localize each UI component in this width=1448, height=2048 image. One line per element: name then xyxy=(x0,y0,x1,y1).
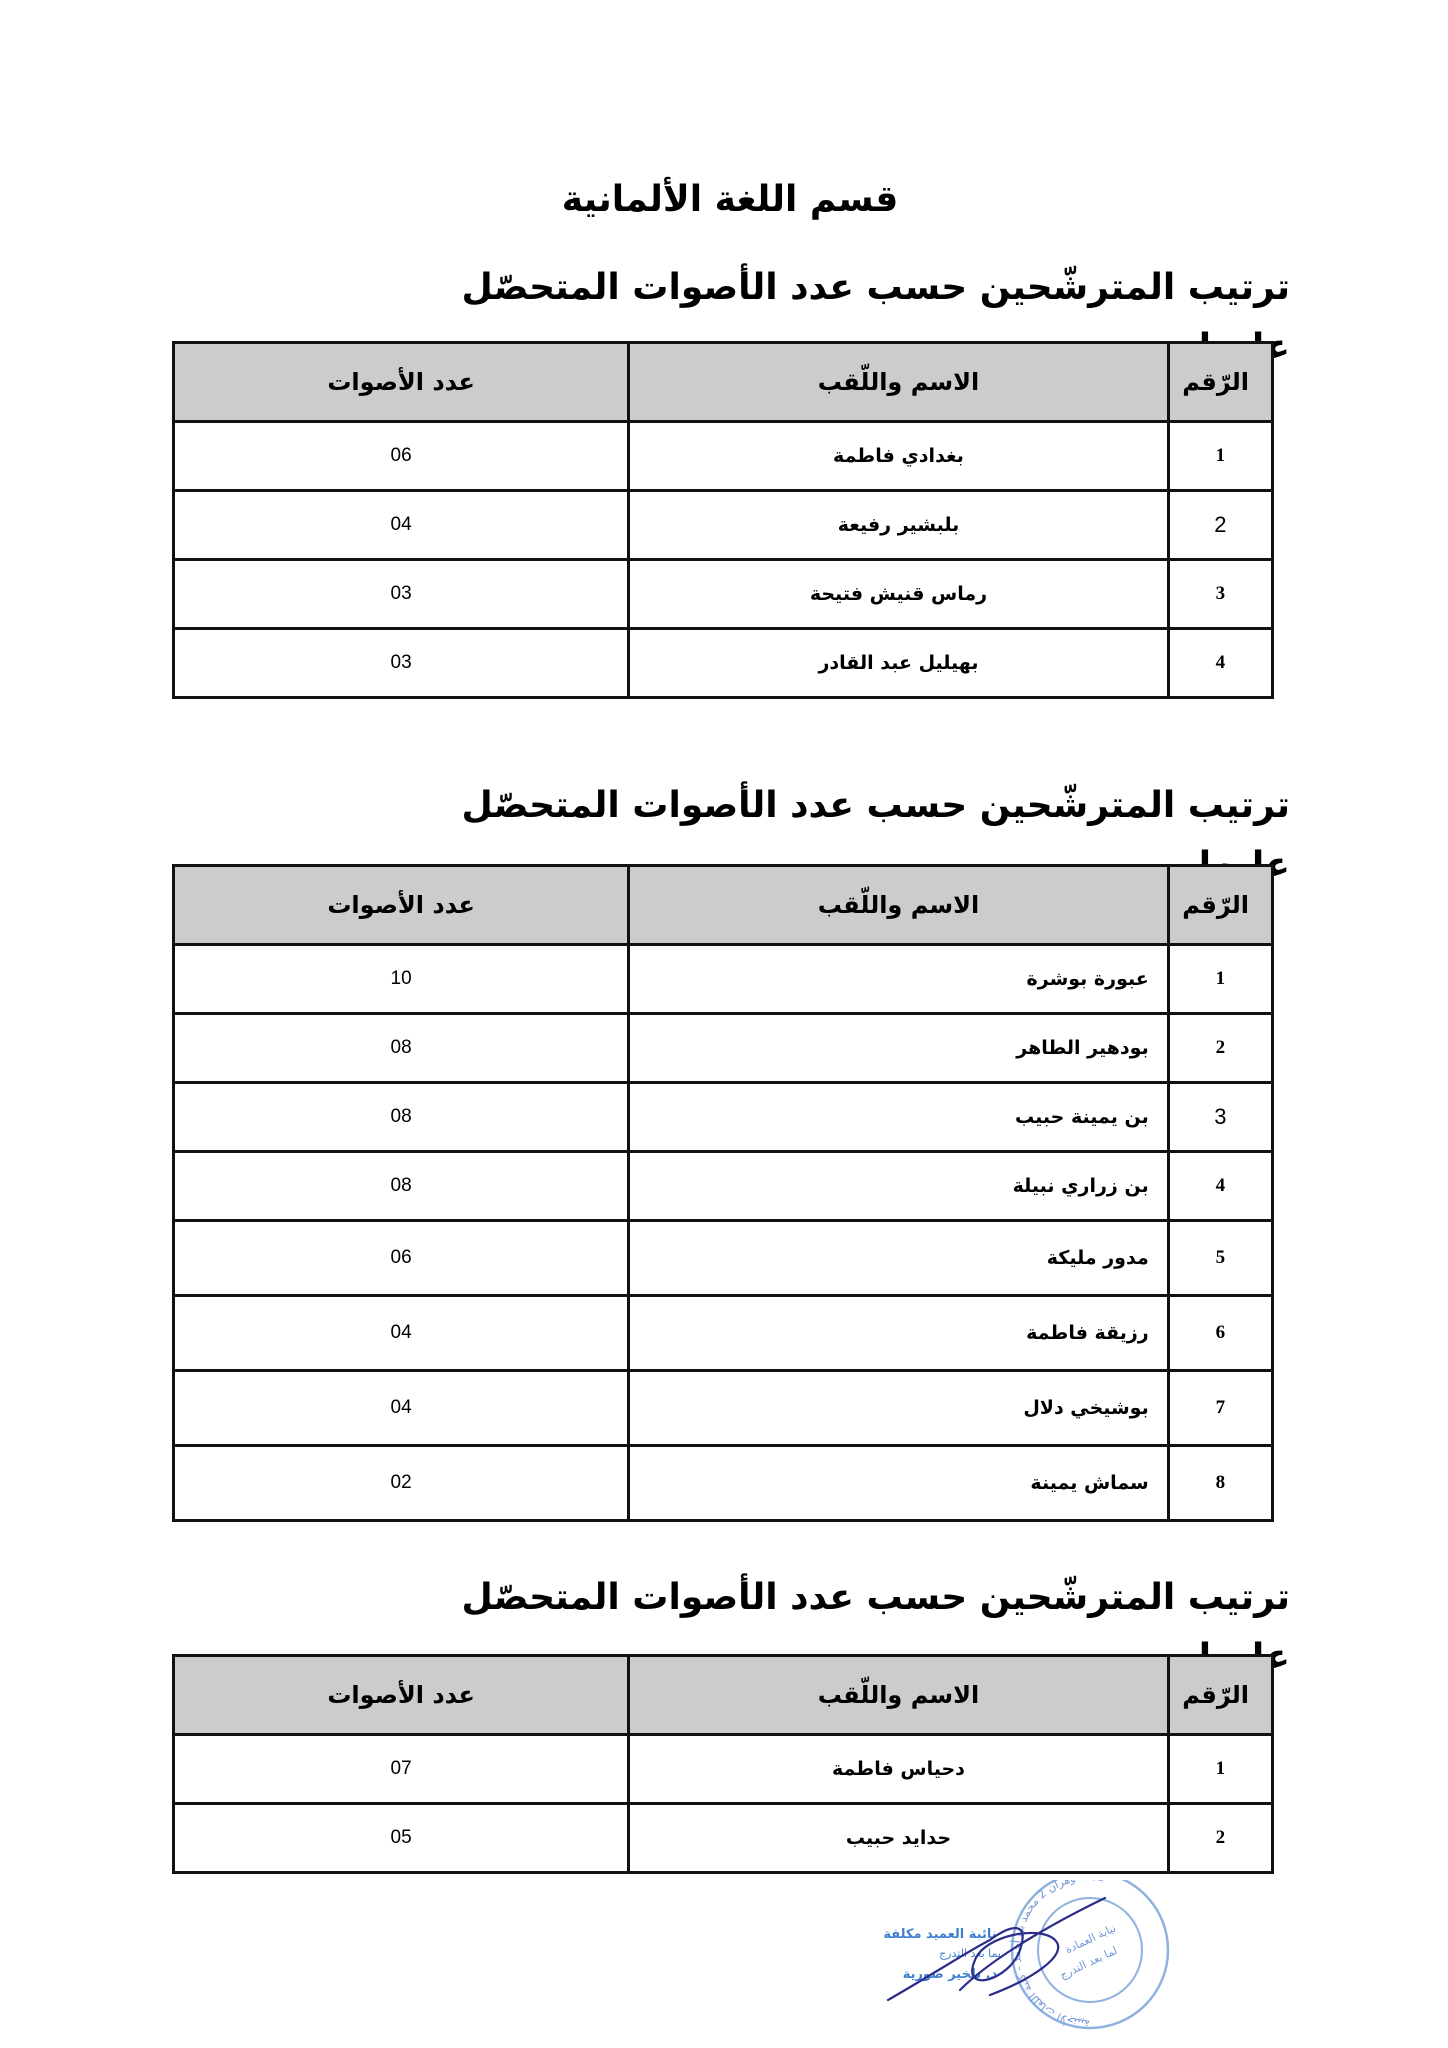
votes-cell: 03 xyxy=(174,560,629,629)
votes-cell: 04 xyxy=(174,491,629,560)
table-row: 7 بوشيخي دلال 04 xyxy=(174,1371,1273,1446)
name-cell: بوشيخي دلال xyxy=(629,1371,1168,1446)
votes-cell: 10 xyxy=(174,945,629,1014)
rank-cell: 2 xyxy=(1168,1804,1272,1873)
rank-cell: 5 xyxy=(1168,1221,1272,1296)
table-row: 1 بغدادي فاطمة 06 xyxy=(174,422,1273,491)
table-header-row: الرّقم الاسم واللّقب عدد الأصوات xyxy=(174,866,1273,945)
votes-cell: 06 xyxy=(174,1221,629,1296)
table-row: 4 بهيليل عبد القادر 03 xyxy=(174,629,1273,698)
ranking-table-3: الرّقم الاسم واللّقب عدد الأصوات 1 دحياس… xyxy=(172,1654,1274,1874)
ranking-table-1: الرّقم الاسم واللّقب عدد الأصوات 1 بغداد… xyxy=(172,341,1274,699)
table-header-row: الرّقم الاسم واللّقب عدد الأصوات xyxy=(174,1656,1273,1735)
column-header-votes: عدد الأصوات xyxy=(174,343,629,422)
rank-cell: 1 xyxy=(1168,945,1272,1014)
column-header-votes: عدد الأصوات xyxy=(174,866,629,945)
votes-cell: 03 xyxy=(174,629,629,698)
rank-cell: 1 xyxy=(1168,422,1272,491)
rank-cell: 8 xyxy=(1168,1446,1272,1521)
table-row: 2 بودهير الطاهر 08 xyxy=(174,1014,1273,1083)
votes-cell: 06 xyxy=(174,422,629,491)
department-title: قسم اللغة الألمانية xyxy=(560,170,900,230)
name-cell: رماس قنيش فتيحة xyxy=(629,560,1168,629)
table-row: 4 بن زراري نبيلة 08 xyxy=(174,1152,1273,1221)
column-header-name: الاسم واللّقب xyxy=(629,1656,1168,1735)
rank-cell: 4 xyxy=(1168,1152,1272,1221)
table-row: 8 سماش يمينة 02 xyxy=(174,1446,1273,1521)
table-row: 3 رماس قنيش فتيحة 03 xyxy=(174,560,1273,629)
rank-cell: 2 xyxy=(1168,491,1272,560)
votes-cell: 04 xyxy=(174,1296,629,1371)
votes-cell: 07 xyxy=(174,1735,629,1804)
table-row: 5 مدور مليكة 06 xyxy=(174,1221,1273,1296)
rank-cell: 3 xyxy=(1168,560,1272,629)
votes-cell: 08 xyxy=(174,1083,629,1152)
name-cell: رزيقة فاطمة xyxy=(629,1296,1168,1371)
rank-cell: 6 xyxy=(1168,1296,1272,1371)
votes-cell: 02 xyxy=(174,1446,629,1521)
name-cell: بغدادي فاطمة xyxy=(629,422,1168,491)
name-cell: بن زراري نبيلة xyxy=(629,1152,1168,1221)
svg-text:بما بعد التدرج: بما بعد التدرج xyxy=(939,1947,1001,1960)
column-header-rank: الرّقم xyxy=(1168,866,1272,945)
votes-cell: 04 xyxy=(174,1371,629,1446)
column-header-votes: عدد الأصوات xyxy=(174,1656,629,1735)
table-row: 6 رزيقة فاطمة 04 xyxy=(174,1296,1273,1371)
name-cell: مدور مليكة xyxy=(629,1221,1168,1296)
svg-text:نائبة العميد مكلفة: نائبة العميد مكلفة xyxy=(883,1927,996,1942)
name-cell: دحياس فاطمة xyxy=(629,1735,1168,1804)
rank-cell: 1 xyxy=(1168,1735,1272,1804)
ranking-table-2: الرّقم الاسم واللّقب عدد الأصوات 1 عبورة… xyxy=(172,864,1274,1522)
votes-cell: 08 xyxy=(174,1014,629,1083)
rank-cell: 2 xyxy=(1168,1014,1272,1083)
name-cell: سماش يمينة xyxy=(629,1446,1168,1521)
votes-cell: 05 xyxy=(174,1804,629,1873)
table-header-row: الرّقم الاسم واللّقب عدد الأصوات xyxy=(174,343,1273,422)
table-row: 3 بن يمينة حبيب 08 xyxy=(174,1083,1273,1152)
name-cell: بودهير الطاهر xyxy=(629,1014,1168,1083)
name-cell: عبورة بوشرة xyxy=(629,945,1168,1014)
stamp-icon: جامعة وهران 2 محمد بن أحمد - كلية اللغات… xyxy=(880,1880,1210,2048)
rank-cell: 3 xyxy=(1168,1083,1272,1152)
name-cell: حدايد حبيب xyxy=(629,1804,1168,1873)
table-row: 2 بلبشير رفيعة 04 xyxy=(174,491,1273,560)
votes-cell: 08 xyxy=(174,1152,629,1221)
column-header-name: الاسم واللّقب xyxy=(629,866,1168,945)
rank-cell: 7 xyxy=(1168,1371,1272,1446)
name-cell: بهيليل عبد القادر xyxy=(629,629,1168,698)
table-row: 1 عبورة بوشرة 10 xyxy=(174,945,1273,1014)
column-header-rank: الرّقم xyxy=(1168,1656,1272,1735)
official-stamp-and-signature: جامعة وهران 2 محمد بن أحمد - كلية اللغات… xyxy=(880,1880,1210,2048)
table-row: 2 حدايد حبيب 05 xyxy=(174,1804,1273,1873)
rank-cell: 4 xyxy=(1168,629,1272,698)
column-header-name: الاسم واللّقب xyxy=(629,343,1168,422)
column-header-rank: الرّقم xyxy=(1168,343,1272,422)
table-row: 1 دحياس فاطمة 07 xyxy=(174,1735,1273,1804)
name-cell: بلبشير رفيعة xyxy=(629,491,1168,560)
name-cell: بن يمينة حبيب xyxy=(629,1083,1168,1152)
